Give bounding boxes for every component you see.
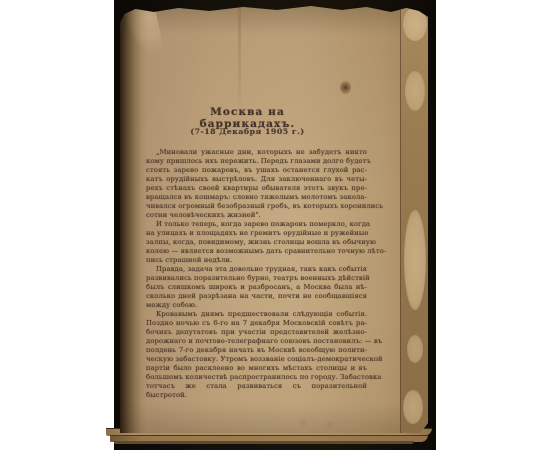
- text-line: рехъ стѣнахъ своей квартиры обывателя эт…: [146, 184, 367, 193]
- text-line: „Миновали ужасные дни, которыхъ не забуд…: [146, 148, 367, 157]
- page-gutter-shadow: [120, 5, 142, 433]
- text-line: былъ слишкомъ широкъ и разбросанъ, а Мос…: [146, 283, 367, 292]
- page-stack-layer: [114, 441, 414, 444]
- text-line: между собою.: [146, 301, 367, 310]
- text-line: И только теперь, когда зарево пожаровъ п…: [146, 220, 367, 229]
- edge-chip: [405, 71, 425, 111]
- text-line: Кровавымъ днямъ предшествовали слѣдующія…: [146, 310, 367, 319]
- body-text: „Миновали ужасные дни, которыхъ не забуд…: [146, 148, 367, 391]
- text-line: на улицахъ и площадяхъ не гремитъ орудій…: [146, 229, 367, 238]
- text-line: большомъ количествѣ распространилось по …: [146, 373, 367, 382]
- page-fore-edge-strip: [400, 5, 428, 433]
- text-line: вращался въ кошмаръ: словно тяжелымъ мол…: [146, 193, 367, 202]
- text-line: катъ орудійныхъ выстрѣловъ. Для заключен…: [146, 175, 367, 184]
- text-line: полдень 7-го декабря начать въ Москвѣ вс…: [146, 346, 367, 355]
- edge-chip: [403, 390, 423, 424]
- edge-chip: [407, 335, 423, 363]
- page-stain: [340, 81, 351, 94]
- text-line: чивался огромный безобразный гробъ, въ к…: [146, 202, 367, 211]
- text-line: тотчасъ же стала развиваться съ поразите…: [146, 382, 367, 391]
- page-stain: [298, 419, 308, 427]
- text-line: пись страшной недѣли.: [146, 256, 367, 265]
- text-line: залпы, когда, повидимому, жизнь столицы …: [146, 238, 367, 247]
- text-line: Правда, задача эта довольно трудная, так…: [146, 265, 367, 274]
- text-line: стоять зарево пожаровъ, въ ушахъ останет…: [146, 166, 367, 175]
- edge-chip: [404, 210, 426, 310]
- text-line: развивались поразительно бурно, театръ в…: [146, 274, 367, 283]
- text-line: кому пришлось ихъ пережить. Передъ глаза…: [146, 157, 367, 166]
- page-stain: [326, 421, 334, 428]
- text-line: сколько дней разрѣзана на части, почти н…: [146, 292, 367, 301]
- text-line: Поздно ночью съ 6-го на 7 декабря Москов…: [146, 319, 367, 328]
- text-line: дорожнаго и почтово-телеграфнаго союзовъ…: [146, 337, 367, 346]
- text-line: партіи было расклеено во многихъ мѣстахъ…: [146, 364, 367, 373]
- page-subtitle: (7-18 Декабря 1905 г.): [160, 127, 335, 136]
- text-line: колею — является возможнымъ дать сравнит…: [146, 247, 367, 256]
- text-line: бочихъ депутатовъ при участіи представит…: [146, 328, 367, 337]
- text-line: ческую забастовку. Утромъ воззваніе соці…: [146, 355, 367, 364]
- text-line: сотни человѣческихъ жизней".: [146, 211, 367, 220]
